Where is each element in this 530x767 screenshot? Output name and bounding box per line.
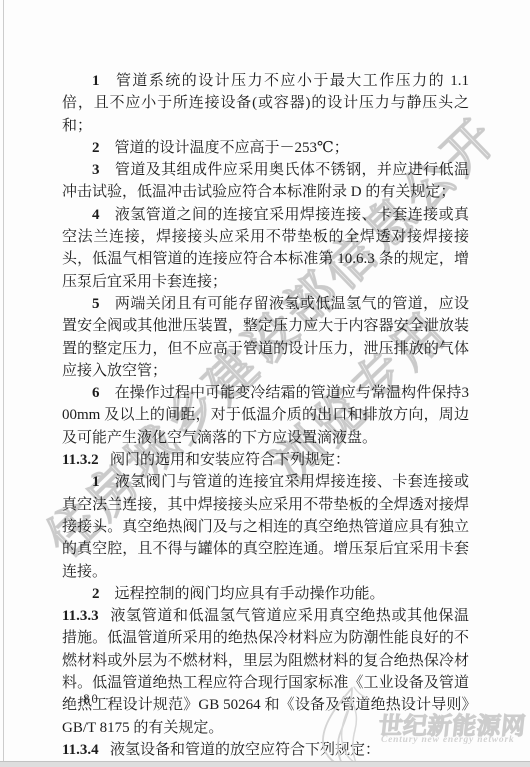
list-item: 4液氢管道之间的连接宜采用焊接连接、卡套连接或真空法兰连接，焊接接头应采用不带垫… <box>62 204 469 293</box>
clause-number: 11.3.2 <box>62 452 110 468</box>
document-page: 住房城乡建设部信息公开 浏览专用 1管道系统的设计压力不应小于最大工作压力的 1… <box>0 0 530 767</box>
item-number: 1 <box>92 474 115 490</box>
list-item: 5两端关闭且有可能存留液氢或低温氢气的管道，应设置安全阀或其他泄压装置，整定压力… <box>62 293 469 382</box>
item-number: 3 <box>92 162 115 178</box>
document-body: 1管道系统的设计压力不应小于最大工作压力的 1.1 倍，且不应小于所连接设备(或… <box>62 70 469 761</box>
clause-heading: 11.3.2阀门的选用和安装应符合下列规定： <box>62 449 469 471</box>
item-number: 2 <box>92 140 115 156</box>
watermark-logo-subtext: Century new energy network <box>381 735 515 745</box>
flame-logo-icon <box>316 686 378 767</box>
item-text: 远程控制的阀门均应具有手动操作功能。 <box>115 586 385 602</box>
item-text: 两端关闭且有可能存留液氢或低温氢气的管道，应设置安全阀或其他泄压装置，整定压力应… <box>62 296 469 379</box>
item-text: 管道及其组成件应采用奥氏体不锈钢，并应进行低温冲击试验，低温冲击试验应符合本标准… <box>62 162 469 200</box>
list-item: 1管道系统的设计压力不应小于最大工作压力的 1.1 倍，且不应小于所连接设备(或… <box>62 70 469 137</box>
list-item: 1液氢阀门与管道的连接宜采用焊接连接、卡套连接或真空法兰连接，其中焊接接头应采用… <box>62 471 469 582</box>
item-number: 2 <box>92 586 115 602</box>
page-number: · 80 · <box>72 692 111 707</box>
scan-left-edge <box>3 0 4 767</box>
item-number: 6 <box>92 385 115 401</box>
list-item: 3管道及其组成件应采用奥氏体不锈钢，并应进行低温冲击试验，低温冲击试验应符合本标… <box>62 159 469 204</box>
item-text: 液氢阀门与管道的连接宜采用焊接连接、卡套连接或真空法兰连接，其中焊接接头应采用不… <box>62 474 469 579</box>
item-text: 管道的设计温度不应高于－253℃； <box>115 140 349 156</box>
list-item: 2管道的设计温度不应高于－253℃； <box>62 137 469 159</box>
item-text: 管道系统的设计压力不应小于最大工作压力的 1.1 倍，且不应小于所连接设备(或容… <box>62 73 469 134</box>
list-item: 2远程控制的阀门均应具有手动操作功能。 <box>62 583 469 605</box>
item-text: 在操作过程中可能变冷结霜的管道应与常温构件保持300mm 及以上的间距，对于低温… <box>62 385 469 446</box>
clause-number: 11.3.3 <box>62 608 110 624</box>
clause-text: 阀门的选用和安装应符合下列规定： <box>110 452 350 468</box>
list-item: 6在操作过程中可能变冷结霜的管道应与常温构件保持300mm 及以上的间距，对于低… <box>62 382 469 449</box>
item-number: 4 <box>92 207 115 223</box>
item-text: 液氢管道之间的连接宜采用焊接连接、卡套连接或真空法兰连接，焊接接头应采用不带垫板… <box>62 207 469 290</box>
scan-bottom-edge <box>0 761 530 767</box>
item-number: 5 <box>92 296 115 312</box>
item-number: 1 <box>92 73 115 89</box>
clause-number: 11.3.4 <box>62 742 110 758</box>
